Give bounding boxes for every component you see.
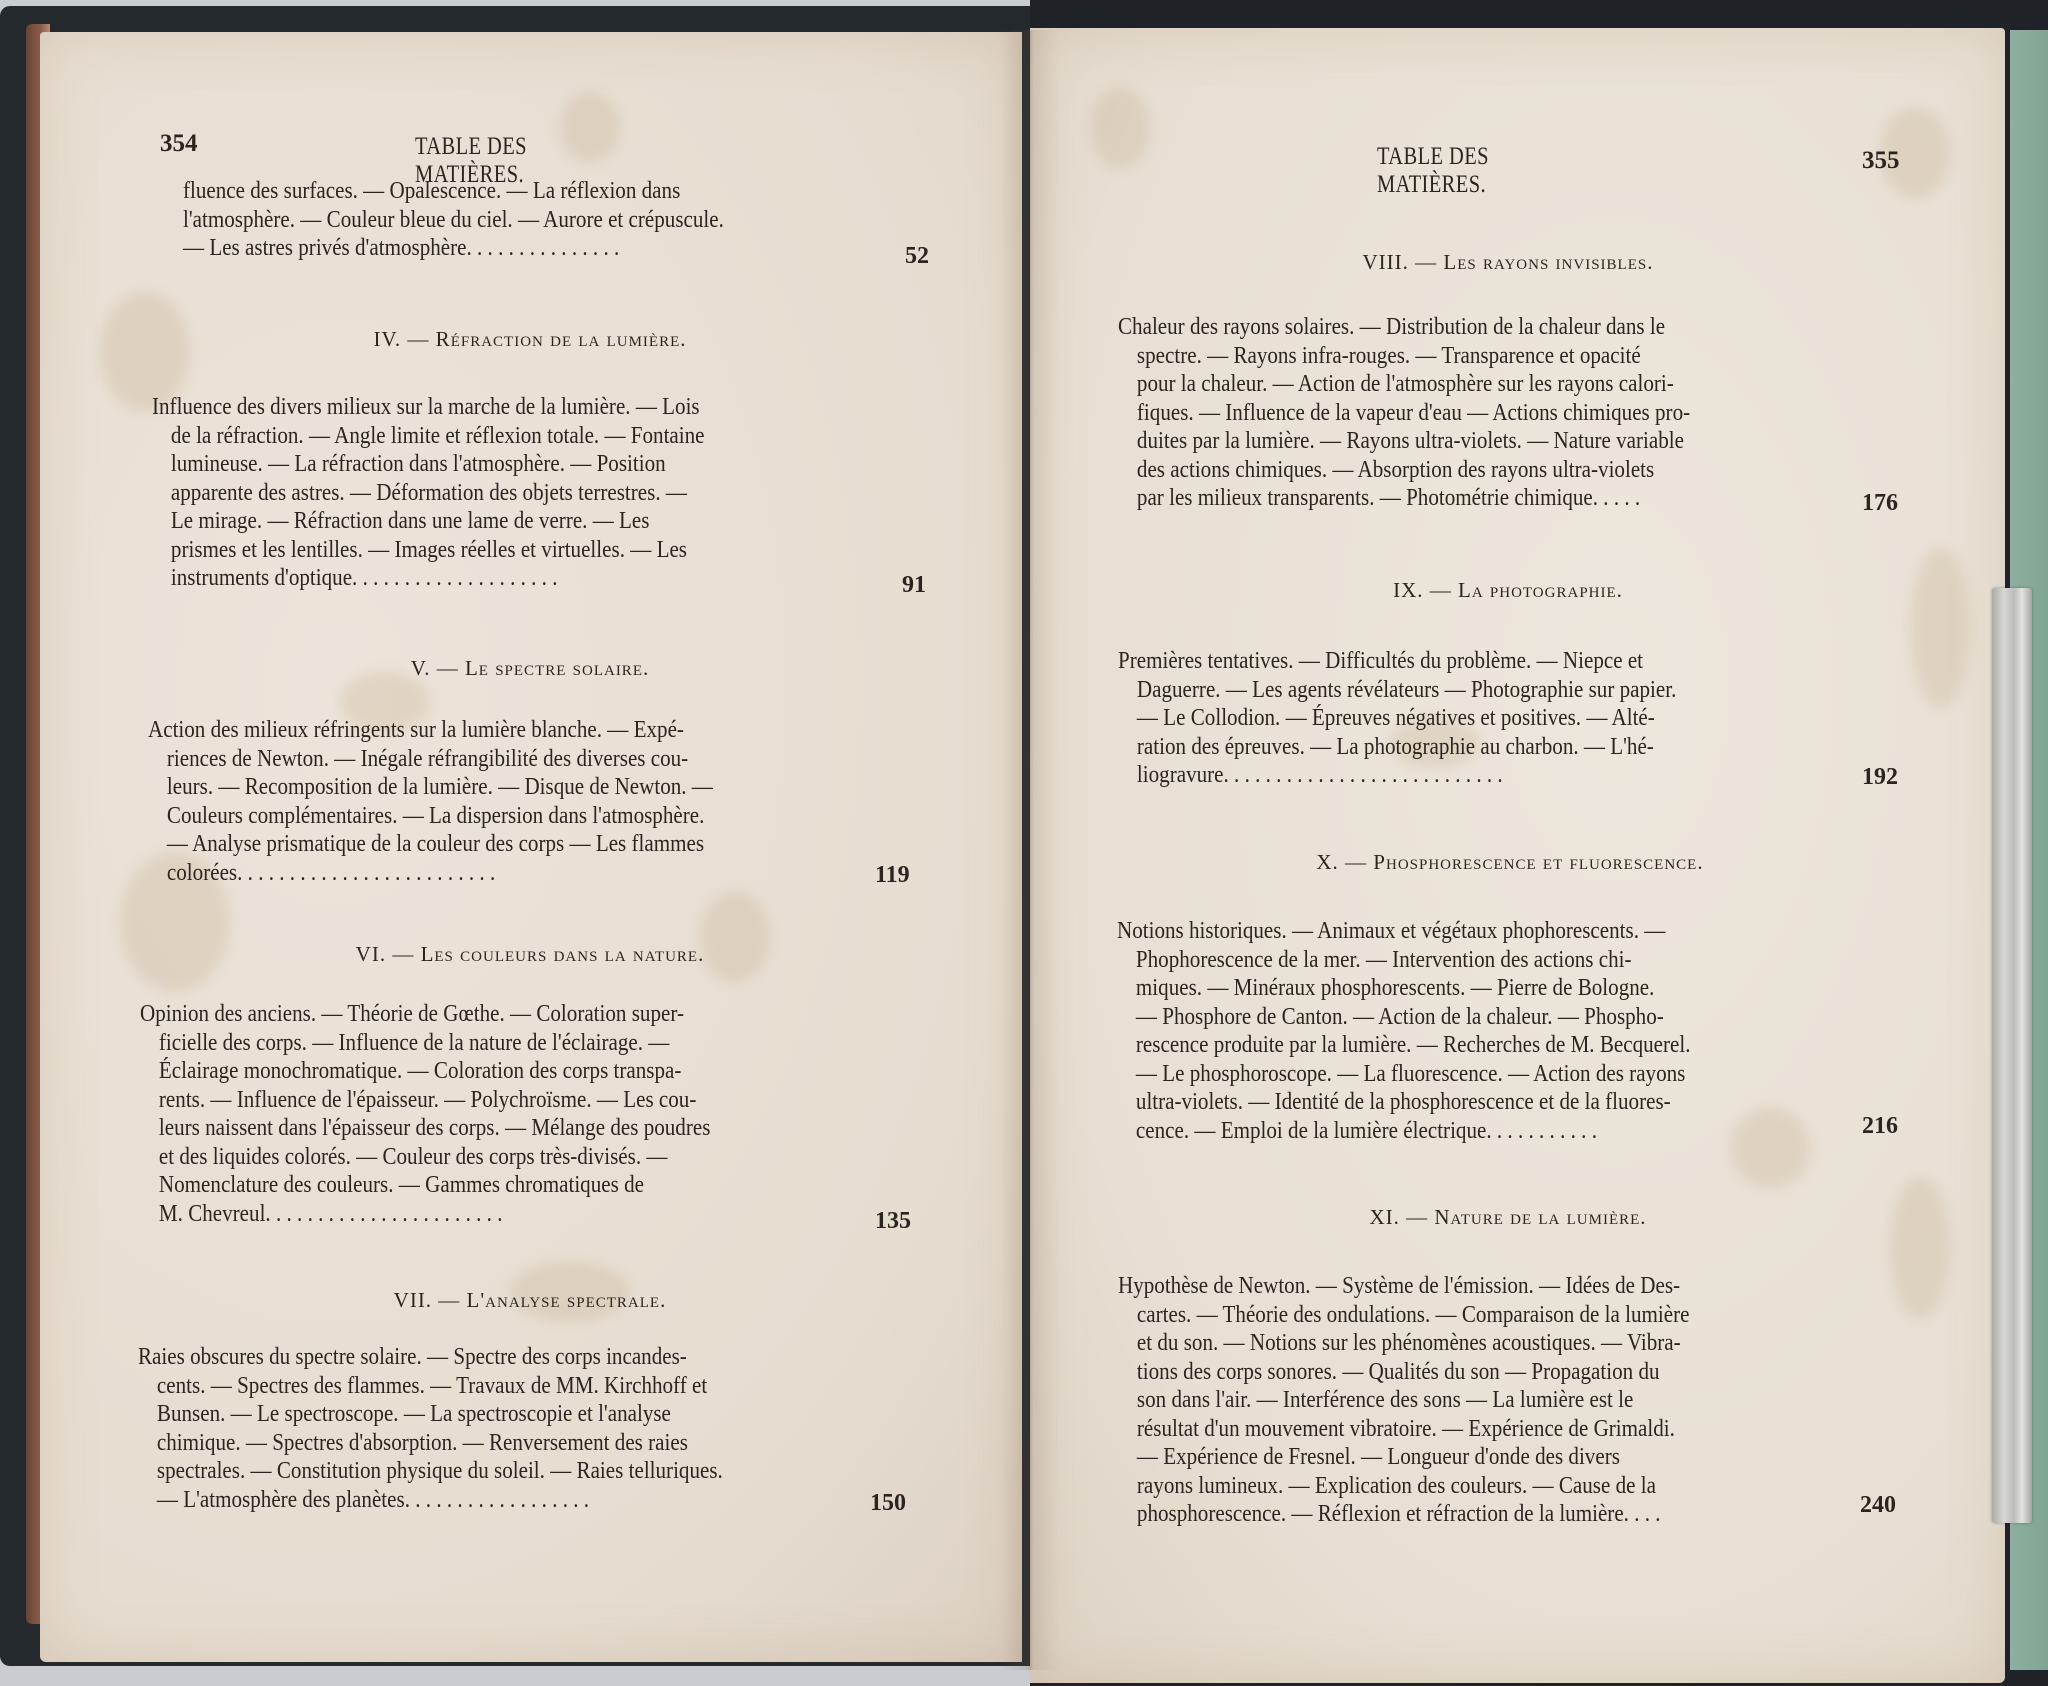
entry-line: leurs naissent dans l'épaisseur des corp… <box>140 1114 897 1143</box>
toc-page-number: 150 <box>870 1490 906 1517</box>
toc-entry-xi: Hypothèse de Newton. — Système de l'émis… <box>1118 1272 1875 1529</box>
entry-line: rents. — Influence de l'épaisseur. — Pol… <box>140 1086 897 1115</box>
toc-page-number: 216 <box>1862 1113 1898 1140</box>
entry-line: — Le Collodion. — Épreuves négatives et … <box>1118 704 1875 733</box>
entry-line: spectre. — Rayons infra-rouges. — Transp… <box>1118 342 1875 371</box>
entry-line: miques. — Minéraux phosphorescents. — Pi… <box>1117 974 1874 1003</box>
toc-page-number: 91 <box>902 572 926 599</box>
entry-line: riences de Newton. — Inégale réfrangibil… <box>148 745 905 774</box>
entry-line: Chaleur des rayons solaires. — Distribut… <box>1118 313 1875 342</box>
entry-line: Opinion des anciens. — Théorie de Gœthe.… <box>140 1000 897 1029</box>
entry-line: Nomenclature des couleurs. — Gammes chro… <box>140 1171 897 1200</box>
section-title-iv: IV. — Réfraction de la lumière. <box>330 327 730 352</box>
entry-line: Couleurs complémentaires. — La dispersio… <box>148 802 905 831</box>
entry-line: Raies obscures du spectre solaire. — Spe… <box>138 1343 895 1372</box>
entry-line: — Analyse prismatique de la couleur des … <box>148 830 905 859</box>
page-clip <box>1992 588 2032 1523</box>
entry-line: chimique. — Spectres d'absorption. — Ren… <box>138 1429 895 1458</box>
section-title-v: V. — Le spectre solaire. <box>330 656 730 681</box>
entry-line: Le mirage. — Réfraction dans une lame de… <box>152 507 909 536</box>
left-page-number: 354 <box>160 130 198 158</box>
entry-line: Influence des divers milieux sur la marc… <box>152 393 909 422</box>
toc-entry-x: Notions historiques. — Animaux et végéta… <box>1117 917 1874 1145</box>
entry-line: rescence produite par la lumière. — Rech… <box>1117 1031 1874 1060</box>
section-title-ix: IX. — La photographie. <box>1308 578 1708 603</box>
toc-entry-viii: Chaleur des rayons solaires. — Distribut… <box>1118 313 1875 513</box>
entry-line: Phophorescence de la mer. — Intervention… <box>1117 946 1874 975</box>
entry-line: et du son. — Notions sur les phénomènes … <box>1118 1329 1875 1358</box>
entry-line: Hypothèse de Newton. — Système de l'émis… <box>1118 1272 1875 1301</box>
entry-line: ration des épreuves. — La photographie a… <box>1118 733 1875 762</box>
entry-line: instruments d'optique. . . . . . . . . .… <box>152 564 909 593</box>
entry-line: apparente des astres. — Déformation des … <box>152 479 909 508</box>
section-title-xi: XI. — Nature de la lumière. <box>1308 1205 1708 1230</box>
entry-line: phosphorescence. — Réflexion et réfracti… <box>1118 1500 1875 1529</box>
entry-line: — L'atmosphère des planètes. . . . . . .… <box>138 1486 895 1515</box>
entry-line: fluence des surfaces. — Opalescence. — L… <box>183 177 923 206</box>
entry-line: son dans l'air. — Interférence des sons … <box>1118 1386 1875 1415</box>
toc-entry-ix: Premières tentatives. — Difficultés du p… <box>1118 647 1875 790</box>
toc-page-number: 119 <box>875 862 910 889</box>
entry-line: rayons lumineux. — Explication des coule… <box>1118 1472 1875 1501</box>
right-running-head: TABLE DES MATIÈRES. <box>1377 143 1590 199</box>
section-title-x: X. — Phosphorescence et fluorescence. <box>1260 850 1760 875</box>
entry-line: prismes et les lentilles. — Images réell… <box>152 536 909 565</box>
book-gutter <box>1000 30 1060 1670</box>
toc-page-number: 52 <box>905 243 929 270</box>
entry-line: Notions historiques. — Animaux et végéta… <box>1117 917 1874 946</box>
toc-page-number: 176 <box>1862 490 1898 517</box>
entry-line: Bunsen. — Le spectroscope. — La spectros… <box>138 1400 895 1429</box>
toc-page-number: 135 <box>875 1208 911 1235</box>
entry-line: des actions chimiques. — Absorption des … <box>1118 456 1875 485</box>
entry-line: cents. — Spectres des flammes. — Travaux… <box>138 1372 895 1401</box>
entry-line: lumineuse. — La réfraction dans l'atmosp… <box>152 450 909 479</box>
entry-line: leurs. — Recomposition de la lumière. — … <box>148 773 905 802</box>
toc-entry-vii: Raies obscures du spectre solaire. — Spe… <box>138 1343 895 1514</box>
right-page-number: 355 <box>1862 147 1900 175</box>
entry-line: tions des corps sonores. — Qualités du s… <box>1118 1358 1875 1387</box>
entry-line: colorées. . . . . . . . . . . . . . . . … <box>148 859 905 888</box>
toc-entry-continuation: fluence des surfaces. — Opalescence. — L… <box>183 177 923 263</box>
entry-line: M. Chevreul. . . . . . . . . . . . . . .… <box>140 1200 897 1229</box>
section-title-vii: VII. — L'analyse spectrale. <box>330 1288 730 1313</box>
entry-line: l'atmosphère. — Couleur bleue du ciel. —… <box>183 206 923 235</box>
section-title-viii: VIII. — Les rayons invisibles. <box>1308 250 1708 275</box>
entry-line: Éclairage monochromatique. — Coloration … <box>140 1057 897 1086</box>
entry-line: liogravure. . . . . . . . . . . . . . . … <box>1118 761 1875 790</box>
entry-line: cartes. — Théorie des ondulations. — Com… <box>1118 1301 1875 1330</box>
entry-line: ficielle des corps. — Influence de la na… <box>140 1029 897 1058</box>
entry-line: — Phosphore de Canton. — Action de la ch… <box>1117 1003 1874 1032</box>
entry-line: cence. — Emploi de la lumière électrique… <box>1117 1117 1874 1146</box>
toc-entry-v: Action des milieux réfringents sur la lu… <box>148 716 905 887</box>
entry-line: résultat d'un mouvement vibratoire. — Ex… <box>1118 1415 1875 1444</box>
toc-page-number: 240 <box>1860 1492 1896 1519</box>
entry-line: Premières tentatives. — Difficultés du p… <box>1118 647 1875 676</box>
entry-line: — Les astres privés d'atmosphère. . . . … <box>183 234 923 263</box>
toc-entry-iv: Influence des divers milieux sur la marc… <box>152 393 909 593</box>
entry-line: — Expérience de Fresnel. — Longueur d'on… <box>1118 1443 1875 1472</box>
entry-line: ultra-violets. — Identité de la phosphor… <box>1117 1088 1874 1117</box>
toc-entry-vi: Opinion des anciens. — Théorie de Gœthe.… <box>140 1000 897 1228</box>
entry-line: — Le phosphoroscope. — La fluorescence. … <box>1117 1060 1874 1089</box>
entry-line: Action des milieux réfringents sur la lu… <box>148 716 905 745</box>
entry-line: pour la chaleur. — Action de l'atmosphèr… <box>1118 370 1875 399</box>
toc-page-number: 192 <box>1862 764 1898 791</box>
entry-line: par les milieux transparents. — Photomét… <box>1118 484 1875 513</box>
entry-line: et des liquides colorés. — Couleur des c… <box>140 1143 897 1172</box>
entry-line: de la réfraction. — Angle limite et réfl… <box>152 422 909 451</box>
entry-line: duites par la lumière. — Rayons ultra-vi… <box>1118 427 1875 456</box>
section-title-vi: VI. — Les couleurs dans la nature. <box>310 942 750 967</box>
entry-line: spectrales. — Constitution physique du s… <box>138 1457 895 1486</box>
entry-line: Daguerre. — Les agents révélateurs — Pho… <box>1118 676 1875 705</box>
entry-line: fiques. — Influence de la vapeur d'eau —… <box>1118 399 1875 428</box>
